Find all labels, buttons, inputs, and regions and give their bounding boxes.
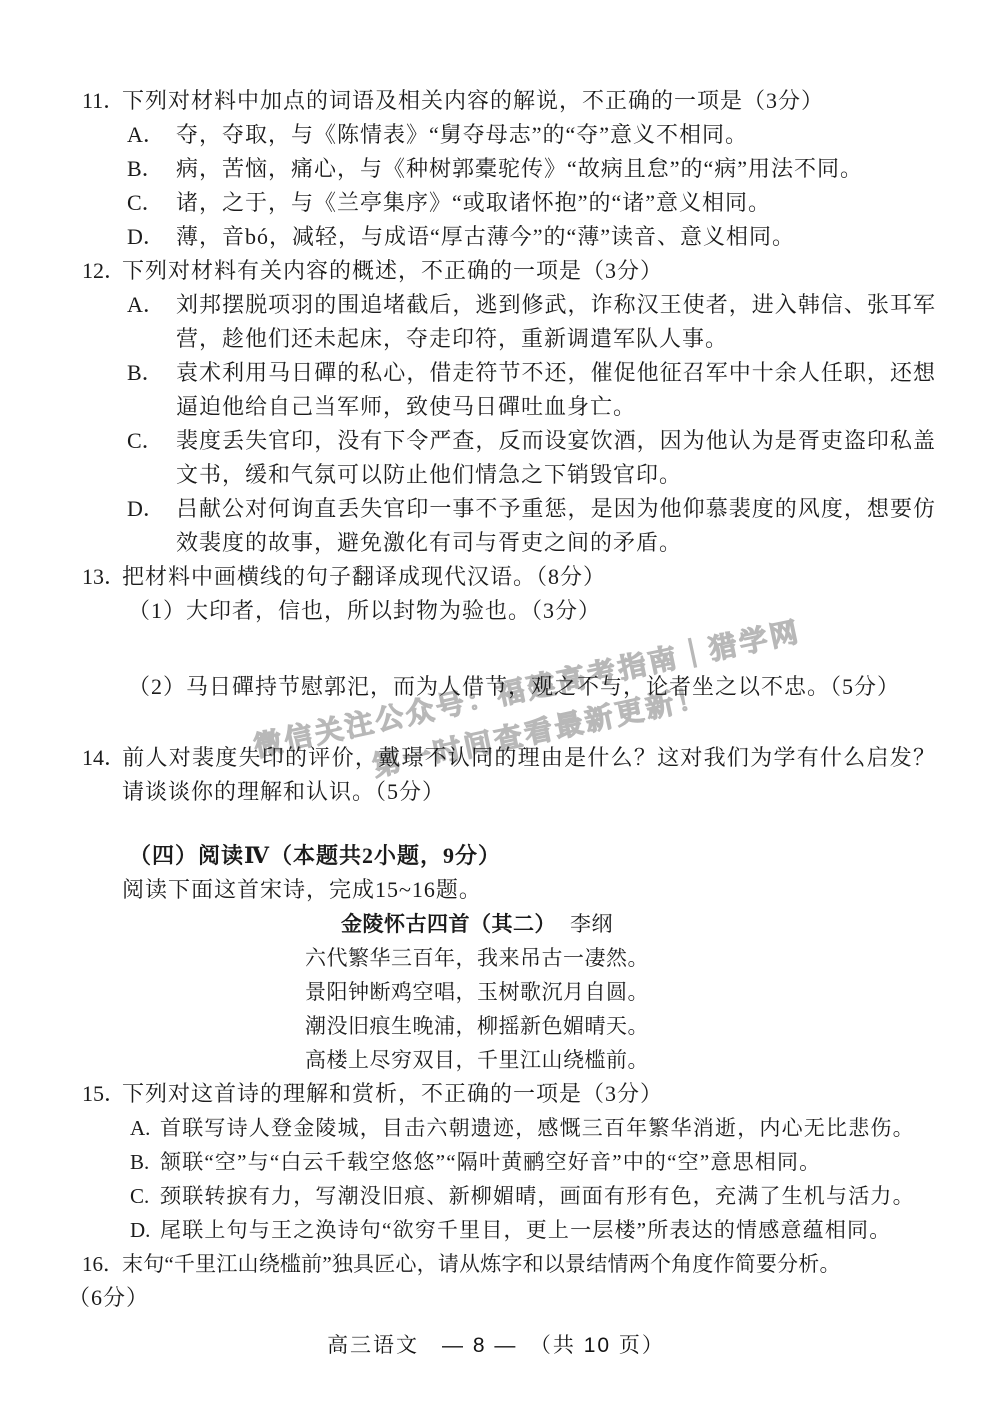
question-12-number: 12．: [82, 254, 122, 288]
question-15-option-d: D.尾联上句与王之涣诗句“欲穷千里目，更上一层楼”所表达的情感意蕴相同。: [82, 1213, 936, 1247]
question-12-option-a: A．刘邦摆脱项羽的围追堵截后，逃到修武，诈称汉王使者，进入韩信、张耳军营，趁他们…: [82, 288, 936, 356]
option-text: 裴度丢失官印，没有下令严查，反而设宴饮酒，因为他认为是胥吏盗印私盖文书，缓和气氛…: [176, 428, 936, 487]
option-text: 吕献公对何询直丢失官印一事不予重惩，是因为他仰慕裴度的风度，想要仿效裴度的故事，…: [176, 496, 936, 555]
question-14-number: 14．: [82, 741, 122, 775]
question-16-stem: 16．末句“千里江山绕槛前”独具匠心，请从炼字和以景结情两个角度作简要分析。: [82, 1247, 936, 1281]
question-14: 14．前人对裴度失印的评价，戴璟不认同的理由是什么？这对我们为学有什么启发？请谈…: [82, 741, 936, 809]
option-text: 颔联“空”与“白云千载空悠悠”“隔叶黄鹂空好音”中的“空”意思相同。: [160, 1150, 821, 1174]
option-text: 袁术利用马日磾的私心，借走符节不还，催促他征召军中十余人任职，还想逼迫他给自己当…: [176, 360, 936, 419]
question-13-sub-2: （2）马日磾持节慰郭汜，而为人借节，观之不与，论者坐之以不忠。（5分）: [82, 670, 936, 704]
question-15-option-c: C.颈联转捩有力，写潮没旧痕、新柳媚晴，画面有形有色，充满了生机与活力。: [82, 1179, 936, 1213]
question-15-option-a: A.首联写诗人登金陵城，目击六朝遗迹，感慨三百年繁华消逝，内心无比悲伤。: [82, 1111, 936, 1145]
question-16-score: （6分）: [68, 1281, 936, 1315]
option-label: B．: [127, 356, 176, 390]
option-label: A．: [127, 118, 176, 152]
section-4-heading: （四）阅读Ⅳ（本题共2小题，9分）: [82, 839, 936, 873]
question-15-number: 15．: [82, 1077, 122, 1111]
option-text: 首联写诗人登金陵城，目击六朝遗迹，感慨三百年繁华消逝，内心无比悲伤。: [160, 1116, 915, 1140]
question-11: 11．下列对材料中加点的词语及相关内容的解说，不正确的一项是（3分） A．夺，夺…: [82, 84, 936, 254]
question-15: 15．下列对这首诗的理解和赏析，不正确的一项是（3分） A.首联写诗人登金陵城，…: [82, 1077, 936, 1247]
exam-page: 微信关注公众号：福建高考指南｜猎学网 第一时间查看最新更新！ 11．下列对材料中…: [0, 0, 992, 1403]
question-13: 13．把材料中画横线的句子翻译成现代汉语。（8分） （1）大印者，信也，所以封物…: [82, 560, 936, 704]
poem-author: 李纲: [570, 912, 613, 936]
option-text: 夺，夺取，与《陈情表》“舅夺母志”的“夺”意义不相同。: [176, 122, 748, 147]
question-13-stem: 13．把材料中画横线的句子翻译成现代汉语。（8分）: [82, 560, 936, 594]
question-16: 16．末句“千里江山绕槛前”独具匠心，请从炼字和以景结情两个角度作简要分析。 （…: [82, 1247, 936, 1315]
option-text: 病，苦恼，痛心，与《种树郭橐驼传》“故病且怠”的“病”用法不同。: [176, 156, 863, 181]
question-16-text: 末句“千里江山绕槛前”独具匠心，请从炼字和以景结情两个角度作简要分析。: [122, 1252, 841, 1276]
question-11-number: 11．: [82, 84, 122, 118]
poem: 金陵怀古四首（其二）李纲 六代繁华三百年，我来吊古一凄然。 景阳钟断鸡空唱，玉树…: [82, 907, 872, 1077]
question-14-stem: 14．前人对裴度失印的评价，戴璟不认同的理由是什么？这对我们为学有什么启发？请谈…: [82, 741, 936, 809]
page-footer: 高三语文 — 8 — （共 10 页）: [0, 1329, 992, 1363]
question-15-option-b: B.颔联“空”与“白云千载空悠悠”“隔叶黄鹂空好音”中的“空”意思相同。: [82, 1145, 936, 1179]
question-12-option-d: D．吕献公对何询直丢失官印一事不予重惩，是因为他仰慕裴度的风度，想要仿效裴度的故…: [82, 492, 936, 560]
question-14-text: 前人对裴度失印的评价，戴璟不认同的理由是什么？这对我们为学有什么启发？请谈谈你的…: [122, 745, 936, 804]
poem-title-line: 金陵怀古四首（其二）李纲: [82, 907, 872, 941]
page-content: 11．下列对材料中加点的词语及相关内容的解说，不正确的一项是（3分） A．夺，夺…: [82, 84, 936, 1315]
question-12-stem: 12．下列对材料有关内容的概述，不正确的一项是（3分）: [82, 254, 936, 288]
poem-line-1: 六代繁华三百年，我来吊古一凄然。: [82, 941, 872, 975]
question-12-text: 下列对材料有关内容的概述，不正确的一项是（3分）: [122, 258, 663, 283]
poem-line-2: 景阳钟断鸡空唱，玉树歌沉月自圆。: [82, 975, 872, 1009]
question-13-sub-1: （1）大印者，信也，所以封物为验也。（3分）: [82, 594, 936, 628]
option-label: B.: [130, 1145, 160, 1179]
question-11-text: 下列对材料中加点的词语及相关内容的解说，不正确的一项是（3分）: [122, 88, 824, 113]
question-11-option-b: B．病，苦恼，痛心，与《种树郭橐驼传》“故病且怠”的“病”用法不同。: [82, 152, 936, 186]
question-16-number: 16．: [82, 1247, 122, 1281]
question-13-text: 把材料中画横线的句子翻译成现代汉语。（8分）: [122, 564, 606, 589]
option-label: C．: [127, 186, 176, 220]
question-15-text: 下列对这首诗的理解和赏析，不正确的一项是（3分）: [122, 1081, 663, 1106]
poem-line-3: 潮没旧痕生晚浦，柳摇新色媚晴天。: [82, 1009, 872, 1043]
option-label: D.: [130, 1213, 160, 1247]
option-label: D．: [127, 220, 176, 254]
option-label: B．: [127, 152, 176, 186]
option-text: 尾联上句与王之涣诗句“欲穷千里目，更上一层楼”所表达的情感意蕴相同。: [160, 1218, 891, 1242]
option-text: 诸，之于，与《兰亭集序》“或取诸怀抱”的“诸”意义相同。: [176, 190, 771, 215]
poem-title: 金陵怀古四首（其二）: [341, 912, 556, 936]
question-12-option-b: B．袁术利用马日磾的私心，借走符节不还，催促他征召军中十余人任职，还想逼迫他给自…: [82, 356, 936, 424]
poem-line-4: 高楼上尽穷双目，千里江山绕槛前。: [82, 1043, 872, 1077]
option-text: 刘邦摆脱项羽的围追堵截后，逃到修武，诈称汉王使者，进入韩信、张耳军营，趁他们还未…: [176, 292, 936, 351]
option-label: C.: [130, 1179, 160, 1213]
question-11-option-d: D．薄，音bó，减轻，与成语“厚古薄今”的“薄”读音、意义相同。: [82, 220, 936, 254]
option-text: 颈联转捩有力，写潮没旧痕、新柳媚晴，画面有形有色，充满了生机与活力。: [160, 1184, 915, 1208]
question-15-stem: 15．下列对这首诗的理解和赏析，不正确的一项是（3分）: [82, 1077, 936, 1111]
question-11-option-c: C．诸，之于，与《兰亭集序》“或取诸怀抱”的“诸”意义相同。: [82, 186, 936, 220]
option-label: A．: [127, 288, 176, 322]
question-12-option-c: C．裴度丢失官印，没有下令严查，反而设宴饮酒，因为他认为是胥吏盗印私盖文书，缓和…: [82, 424, 936, 492]
question-11-option-a: A．夺，夺取，与《陈情表》“舅夺母志”的“夺”意义不相同。: [82, 118, 936, 152]
option-label: A.: [130, 1111, 160, 1145]
option-text: 薄，音bó，减轻，与成语“厚古薄今”的“薄”读音、意义相同。: [176, 224, 795, 249]
question-13-number: 13．: [82, 560, 122, 594]
option-label: C．: [127, 424, 176, 458]
section-4-intro: 阅读下面这首宋诗，完成15~16题。: [82, 873, 936, 907]
option-label: D．: [127, 492, 176, 526]
question-12: 12．下列对材料有关内容的概述，不正确的一项是（3分） A．刘邦摆脱项羽的围追堵…: [82, 254, 936, 560]
question-11-stem: 11．下列对材料中加点的词语及相关内容的解说，不正确的一项是（3分）: [82, 84, 936, 118]
